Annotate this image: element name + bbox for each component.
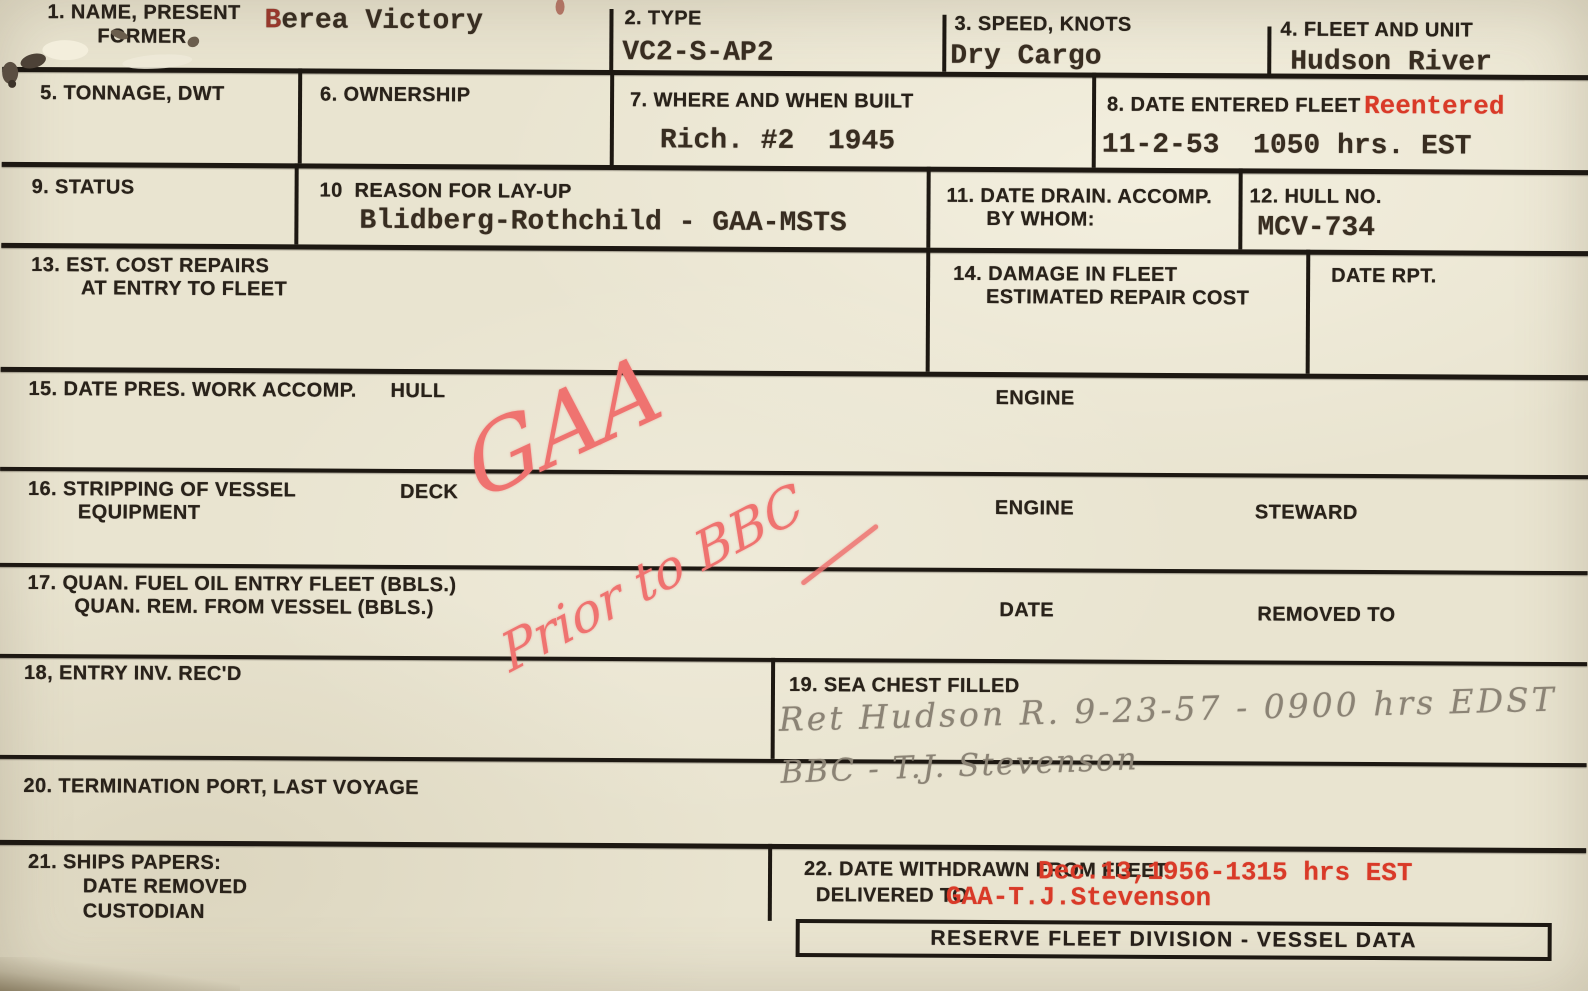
field-9-label: 9. STATUS (32, 176, 135, 200)
red-pencil-gaa: GAA (455, 332, 674, 522)
field-8-label: 8. DATE ENTERED FLEET (1107, 94, 1361, 118)
fleet-unit-value: Hudson River (1290, 47, 1492, 79)
field-1-label: 1. NAME, PRESENT (47, 1, 240, 25)
grid-line-v-5-6 (298, 68, 302, 163)
date-rpt-label: DATE RPT. (1331, 265, 1437, 289)
field-17-label: 17. QUAN. FUEL OIL ENTRY FLEET (BBLS.) (27, 572, 456, 597)
grid-line-v-10-11 (926, 167, 930, 248)
grid-line-v-2-3 (942, 15, 946, 72)
field-12-label: 12. HULL NO. (1250, 185, 1382, 209)
field-16-deck-label: DECK (400, 481, 458, 504)
red-pencil-slash-mark (800, 523, 879, 586)
sea-chest-pencil-note-2: BBC - T.J. Stevenson (780, 741, 1139, 791)
field-4-label: 4. FLEET AND UNIT (1280, 19, 1473, 43)
grid-line-v-3-4 (1267, 26, 1271, 73)
grid-line-h-row2 (2, 162, 1588, 175)
field-11-label-bywhom: BY WHOM: (986, 208, 1095, 232)
field-21-label3: CUSTODIAN (83, 900, 205, 924)
field-17-date-label: DATE (999, 599, 1054, 622)
footer-title: RESERVE FLEET DIVISION - VESSEL DATA (930, 927, 1417, 954)
field-17-label2: QUAN. REM. FROM VESSEL (BBLS.) (74, 595, 434, 620)
red-pencil-prior-to-bbc: Prior to BBC (494, 472, 811, 685)
reason-layup-value: Blidberg-Rothchild - GAA-MSTS (359, 206, 846, 240)
grid-line-v-21-22 (768, 844, 772, 921)
hull-number-value: MCV-734 (1257, 212, 1375, 244)
reentered-stamp: Reentered (1364, 91, 1505, 122)
grid-line-v-7-8 (1092, 73, 1096, 168)
footer-title-box: RESERVE FLEET DIVISION - VESSEL DATA (796, 919, 1552, 961)
date-entered-value: 11-2-53 1050 hrs. EST (1102, 130, 1472, 163)
paper-chip-highlight (42, 40, 88, 60)
field-16-label: 16. STRIPPING OF VESSEL (28, 478, 296, 502)
field-13-label2: AT ENTRY TO FLEET (81, 277, 287, 301)
field-20-label: 20. TERMINATION PORT, LAST VOYAGE (23, 775, 419, 800)
grid-line-h-row9 (0, 840, 1586, 853)
field-13-label: 13. EST. COST REPAIRS (31, 254, 269, 278)
field-14-label: 14. DAMAGE IN FLEET (953, 263, 1177, 287)
field-1-label-former: FORMER (97, 25, 186, 48)
grid-line-h-row5 (0, 467, 1588, 479)
field-16-label2: EQUIPMENT (78, 501, 201, 525)
where-built-value: Rich. #2 1945 (660, 125, 895, 157)
field-3-label: 3. SPEED, KNOTS (954, 13, 1131, 37)
field-15-hull-label: HULL (390, 380, 445, 403)
grid-line-v-14-daterpt (1306, 250, 1311, 374)
field-10-label: 10 REASON FOR LAY-UP (320, 180, 572, 204)
paper-damage-spot (186, 35, 201, 50)
grid-line-v-9-10 (294, 163, 298, 244)
vessel-name-value: Berea Victory (264, 5, 483, 37)
field-16-steward-label: STEWARD (1255, 501, 1358, 525)
field-16-engine-label: ENGINE (995, 497, 1074, 520)
grid-line-v-1-2 (609, 9, 613, 70)
grid-line-v-13-14 (926, 248, 931, 372)
vessel-type-value: VC2-S-AP2 (622, 37, 773, 69)
field-2-label: 2. TYPE (624, 7, 701, 30)
field-14-label2: ESTIMATED REPAIR COST (986, 286, 1249, 310)
delivered-to-value: GAA-T.J.Stevenson (946, 882, 1211, 913)
field-18-label: 18, ENTRY INV. REC'D (24, 662, 242, 686)
field-21-label: 21. SHIPS PAPERS: (28, 851, 221, 875)
ink-speck (556, 0, 565, 15)
field-6-label: 6. OWNERSHIP (320, 84, 471, 108)
field-11-label: 11. DATE DRAIN. ACCOMP. (947, 185, 1213, 209)
grid-line-v-6-7 (610, 70, 614, 165)
speed-value: Dry Cargo (950, 41, 1101, 73)
field-17-removed-to-label: REMOVED TO (1257, 603, 1395, 627)
field-7-label: 7. WHERE AND WHEN BUILT (630, 89, 914, 113)
paper-edge-shadow (0, 957, 240, 991)
grid-line-v-18-19 (771, 658, 776, 759)
field-15-engine-label: ENGINE (995, 387, 1074, 410)
grid-line-v-11-12 (1238, 168, 1242, 249)
field-21-label2: DATE REMOVED (83, 875, 248, 899)
field-15-label: 15. DATE PRES. WORK ACCOMP. (28, 378, 356, 403)
vessel-data-card: 1. NAME, PRESENT FORMER Berea Victory 2.… (0, 0, 1588, 991)
paper-damage-spot (8, 80, 16, 88)
scan-tilt-layer: 1. NAME, PRESENT FORMER Berea Victory 2.… (0, 0, 1588, 991)
field-5-label: 5. TONNAGE, DWT (40, 82, 225, 106)
